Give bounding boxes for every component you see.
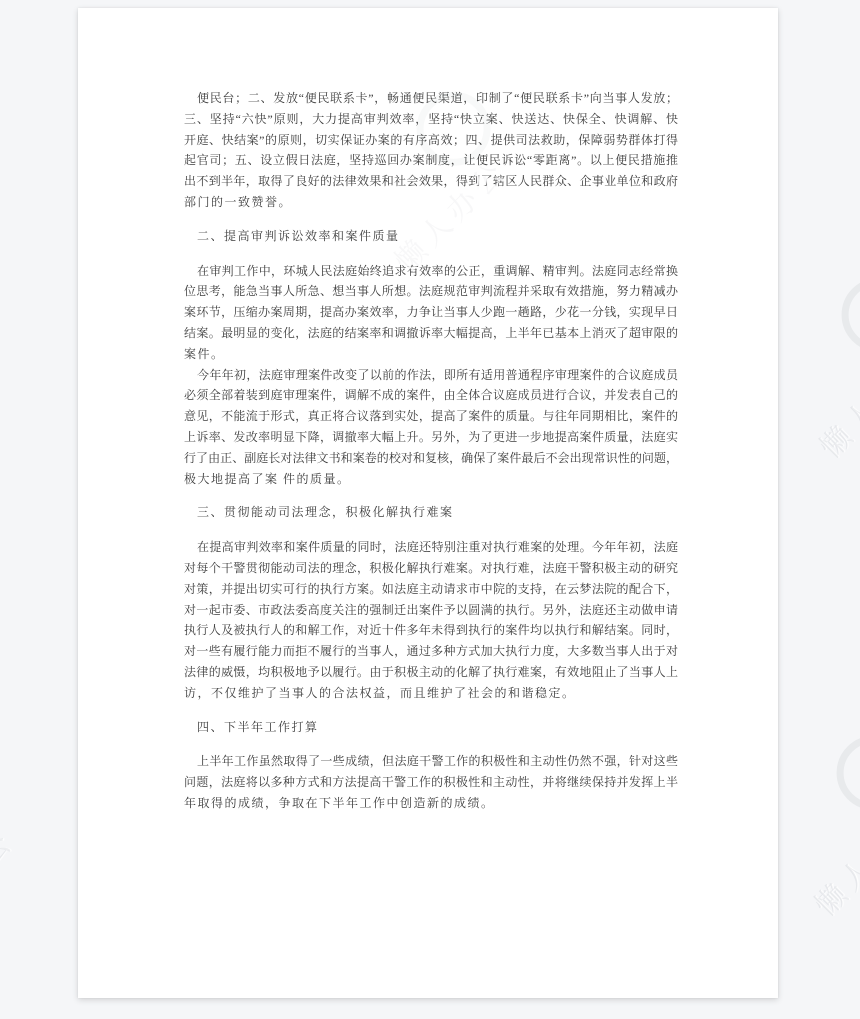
watermark-text: 懒人办公 (809, 798, 860, 923)
paragraph: 上半年工作虽然取得了一些成绩，但法庭干警工作的积极性和主动性仍然不强，针对这些问… (184, 751, 678, 813)
section-heading: 三、贯彻能动司法理念，积极化解执行难案 (184, 502, 678, 523)
text-line: 执行人及被执行人的和解工作，对近十件多年未得到执行的案件均以执行和解结案。同时， (184, 620, 678, 641)
text-line: 在提高审判效率和案件质量的同时，法庭还特别注重对执行难案的处理。今年年初，法庭 (184, 537, 678, 558)
watermark-ring-icon (826, 262, 860, 367)
paragraph: 在提高审判效率和案件质量的同时，法庭还特别注重对执行难案的处理。今年年初，法庭对… (184, 537, 678, 703)
app-background: 懒人办公 懒人办公 懒人办公 懒人办公 便民台；二、发放“便民联系卡”，畅通便民… (0, 0, 860, 1019)
watermark: 懒人办公 (803, 780, 860, 924)
paragraph: 今年年初，法庭审理案件改变了以前的作法，即所有适用普通程序审理案件的合议庭成员必… (184, 365, 678, 490)
text-line: 上半年工作虽然取得了一些成绩，但法庭干警工作的积极性和主动性仍然不强，针对这些 (184, 751, 678, 772)
text-line: 上诉率、发改率明显下降，调撤率大幅上升。另外，为了更进一步地提高案件质量，法庭实 (184, 427, 678, 448)
text-line: 部门的一致赞誉。 (184, 192, 678, 213)
text-line: 开庭、快结案”的原则，切实保证办案的有序高效；四、提供司法救助，保障弱势群体打得 (184, 130, 678, 151)
text-line: 对一起市委、市政法委高度关注的强制迁出案件予以圆满的执行。另外，法庭还主动做申请 (184, 600, 678, 621)
text-line: 必须全部着装到庭审理案件，调解不成的案件，由全体合议庭成员进行合议，并发表自己的 (184, 385, 678, 406)
section-heading: 二、提高审判诉讼效率和案件质量 (184, 226, 678, 247)
text-line: 起官司；五、设立假日法庭，坚持巡回办案制度，让便民诉讼“零距离”。以上便民措施推 (184, 150, 678, 171)
text-line: 意见，不能流于形式，真正将合议落到实处，提高了案件的质量。与往年同期相比，案件的 (184, 406, 678, 427)
text-line: 年取得的成绩，争取在下半年工作中创造新的成绩。 (184, 793, 678, 814)
text-line: 问题，法庭将以多种方式和方法提高干警工作的积极性和主动性，并将继续保持并发挥上半 (184, 772, 678, 793)
text-line: 极大地提高了案 件的质量。 (184, 469, 678, 490)
text-line: 三、坚持“六快”原则，大力提高审判效率，坚持“快立案、快送达、快保全、快调解、快 (184, 109, 678, 130)
watermark: 懒人办公 (0, 806, 34, 950)
text-line: 对策，并提出切实可行的执行方案。如法庭主动请求市中院的支持，在云梦法院的配合下， (184, 579, 678, 600)
text-line: 对一些有履行能力而拒不履行的当事人，通过多种方式加大执行力度，大多数当事人出于对 (184, 641, 678, 662)
text-line: 结案。最明显的变化，法庭的结案率和调撤诉率大幅提高，上半年已基本上消灭了超审限的 (184, 323, 678, 344)
text-line: 今年年初，法庭审理案件改变了以前的作法，即所有适用普通程序审理案件的合议庭成员 (184, 365, 678, 386)
watermark-text: 懒人办公 (814, 340, 860, 465)
text-line: 访，不仅维护了当事人的合法权益，而且维护了社会的和谐稳定。 (184, 683, 678, 704)
document-content: 便民台；二、发放“便民联系卡”，畅通便民渠道，印制了“便民联系卡”向当事人发放；… (184, 88, 678, 814)
text-line: 行了由正、副庭长对法律文书和案卷的校对和复核，确保了案件最后不会出现常识性的问题… (184, 448, 678, 469)
text-line: 案环节，压缩办案周期，提高办案效率，力争让当事人少跑一趟路，少花一分钱，实现早日 (184, 302, 678, 323)
paragraph: 在审判工作中，环城人民法庭始终追求有效率的公正，重调解、精审判。法庭同志经常换位… (184, 261, 678, 365)
document-page: 便民台；二、发放“便民联系卡”，畅通便民渠道，印制了“便民联系卡”向当事人发放；… (78, 8, 778, 998)
section-heading: 四、下半年工作打算 (184, 717, 678, 738)
text-line: 法律的威慑，均积极地予以履行。由于积极主动的化解了执行难案，有效地阻止了当事人上 (184, 662, 678, 683)
watermark-ring-icon (821, 720, 860, 825)
text-line: 对每个干警贯彻能动司法的理念，积极化解执行难案。对执行难，法庭干警积极主动的研究 (184, 558, 678, 579)
text-line: 在审判工作中，环城人民法庭始终追求有效率的公正，重调解、精审判。法庭同志经常换 (184, 261, 678, 282)
text-line: 案件。 (184, 344, 678, 365)
paragraph: 便民台；二、发放“便民联系卡”，畅通便民渠道，印制了“便民联系卡”向当事人发放；… (184, 88, 678, 213)
watermark: 懒人办公 (808, 322, 860, 466)
watermark-text: 懒人办公 (0, 824, 21, 949)
text-line: 便民台；二、发放“便民联系卡”，畅通便民渠道，印制了“便民联系卡”向当事人发放； (184, 88, 678, 109)
text-line: 位思考，能急当事人所急、想当事人所想。法庭规范审判流程并采取有效措施，努力精减办 (184, 281, 678, 302)
watermark-ring-icon (0, 746, 13, 851)
text-line: 出不到半年，取得了良好的法律效果和社会效果，得到了辖区人民群众、企事业单位和政府 (184, 171, 678, 192)
